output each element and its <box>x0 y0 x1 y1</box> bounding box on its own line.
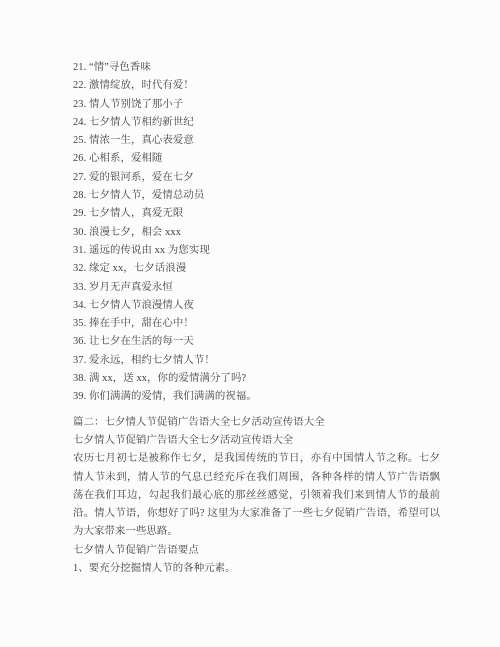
slogan-item-24: 24. 七夕情人节相约新世纪 <box>73 114 440 132</box>
slogan-item-39: 39. 你们满满的爱情，我们满满的祝福。 <box>73 388 440 406</box>
slogan-item-21: 21. “情”寻色香味 <box>73 59 440 77</box>
slogan-item-29: 29. 七夕情人，真爱无限 <box>73 205 440 223</box>
slogan-item-38: 38. 满 xx，送 xx，你的爱情满分了吗? <box>73 370 440 388</box>
document-page: 21. “情”寻色香味 22. 激情绽放，时代有爱！ 23. 情人节别饶了那小子… <box>73 59 440 578</box>
slogan-item-23: 23. 情人节别饶了那小子 <box>73 96 440 114</box>
slogan-item-34: 34. 七夕情人节浪漫情人夜 <box>73 297 440 315</box>
slogan-item-36: 36. 让七夕在生活的每一天 <box>73 333 440 351</box>
section-two-intro: 农历七月初七是被称作七夕，是我国传统的节日，亦有中国情人节之称。七夕情人节未到，… <box>73 450 440 541</box>
slogan-item-31: 31. 遥远的传说由 xx 为您实现 <box>73 242 440 260</box>
slogan-item-32: 32. 缘定 xx，七夕话浪漫 <box>73 260 440 278</box>
slogan-item-37: 37. 爱永远，相约七夕情人节！ <box>73 352 440 370</box>
slogan-item-30: 30. 浪漫七夕，相会 xxx <box>73 224 440 242</box>
slogan-item-27: 27. 爱的银河系，爱在七夕 <box>73 169 440 187</box>
points-heading: 七夕情人节促销广告语要点 <box>73 542 440 560</box>
slogan-list: 21. “情”寻色香味 22. 激情绽放，时代有爱！ 23. 情人节别饶了那小子… <box>73 59 440 407</box>
section-two-heading: 篇二：七夕情人节促销广告语大全七夕活动宣传语大全 <box>73 414 440 432</box>
point-item-1: 1、要充分挖掘情人节的各种元素。 <box>73 560 440 578</box>
slogan-item-33: 33. 岁月无声真爱永恒 <box>73 279 440 297</box>
slogan-item-28: 28. 七夕情人节，爱情总动员 <box>73 187 440 205</box>
slogan-item-35: 35. 捧在手中，甜在心中！ <box>73 315 440 333</box>
slogan-item-22: 22. 激情绽放，时代有爱！ <box>73 77 440 95</box>
slogan-item-26: 26. 心相系，爱相随 <box>73 150 440 168</box>
slogan-item-25: 25. 情浓一生，真心表爱意 <box>73 132 440 150</box>
section-two-subheading: 七夕情人节促销广告语大全七夕活动宣传语大全 <box>73 432 440 450</box>
